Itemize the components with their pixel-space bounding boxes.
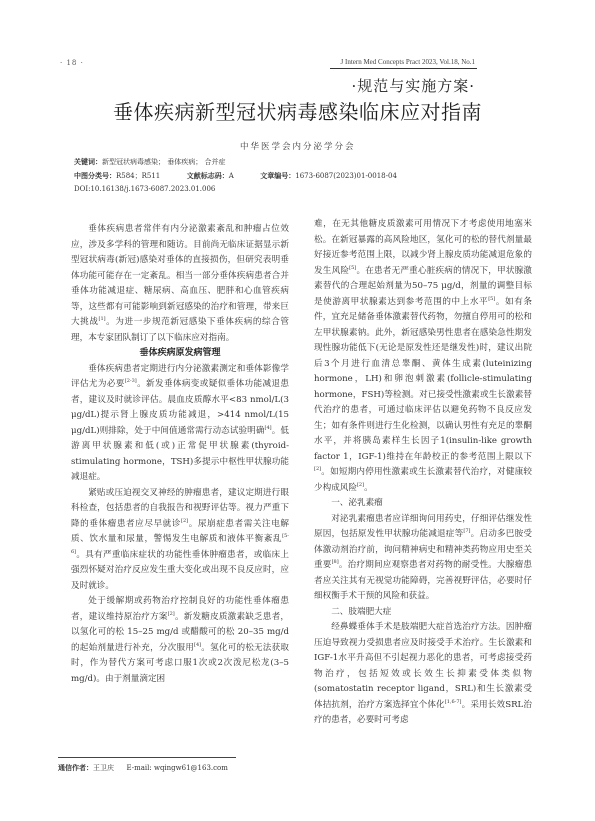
clc-label: 中图分类号：: [74, 172, 116, 180]
column-label: ·规范与实施方案·: [351, 75, 475, 96]
author-email: E-mail: wqingw61@163.com: [126, 764, 227, 772]
keywords-label: 关键词：: [74, 158, 102, 166]
corresponding-author: 王卫庆: [93, 764, 114, 772]
article-title: 垂体疾病新型冠状病毒感染临床应对指南: [0, 96, 595, 125]
footnote-label: 通信作者：: [58, 764, 93, 772]
subsection-heading: 二、肢端肥大症: [314, 605, 532, 621]
footnote: 通信作者：王卫庆 E-mail: wqingw61@163.com: [58, 763, 228, 773]
doi: DOI:10.16138/j.1673-6087.2023.01.006: [74, 185, 215, 193]
journal-citation: J Intern Med Concepts Pract 2023, Vol.18…: [341, 58, 475, 66]
article-no-label: 文章编号：: [260, 172, 295, 180]
paragraph: 处于缓解期或药物治疗控制良好的功能性垂体瘤患者，建议维持原治疗方案[2]。新发糖…: [71, 594, 289, 687]
paragraph: 紧贴或压迫视交叉神经的肿瘤患者，建议定期进行眼科检查，包括患者的自我报告和视野评…: [71, 486, 289, 595]
author-organization: 中华医学会内分泌学分会: [240, 140, 356, 152]
doc-code-value: A: [229, 172, 234, 180]
doc-code-label: 文献标志码：: [187, 172, 229, 180]
paragraph: 难，在无其他糖皮质激素可用情况下才考虑使用地塞米松。在新冠暴露的高风险地区，氢化…: [314, 217, 532, 496]
paragraph: 垂体疾病患者常伴有内分泌激素紊乱和肿瘤占位效应，涉及多学科的管理和随访。目前尚无…: [71, 222, 289, 346]
right-column: 难，在无其他糖皮质激素可用情况下才考虑使用地塞米松。在新冠暴露的高风险地区，氢化…: [314, 217, 532, 729]
classification-line: 中图分类号：R584；R511 文献标志码：A 文章编号：1673-6087(2…: [74, 171, 397, 181]
subsection-heading: 一、泌乳素瘤: [314, 496, 532, 512]
section-heading: 垂体疾病原发病管理: [71, 346, 289, 362]
keywords-line: 关键词：新型冠状病毒感染； 垂体疾病； 合并症: [74, 157, 225, 167]
paragraph: 经鼻蝶垂体手术是肢端肥大症首选治疗方法。因肿瘤压迫导致视力受损患者应及时接受手术…: [314, 620, 532, 729]
left-column: 垂体疾病患者常伴有内分泌激素紊乱和肿瘤占位效应，涉及多学科的管理和随访。目前尚无…: [71, 222, 289, 687]
footnote-rule: [58, 757, 236, 758]
keywords: 新型冠状病毒感染； 垂体疾病； 合并症: [102, 158, 225, 166]
header-rule: [330, 68, 477, 69]
article-no-value: 1673-6087(2023)01-0018-04: [295, 172, 397, 180]
paragraph: 垂体疾病患者定期进行内分泌激素测定和垂体影像学评估尤为必要[2-3]。新发垂体病…: [71, 362, 289, 486]
paragraph: 对泌乳素瘤患者应详细询问用药史，仔细评估继发性原因，包括原发性甲状腺功能减退症等…: [314, 512, 532, 605]
page-number: · 18 ·: [60, 59, 84, 67]
clc-value: R584；R511: [116, 172, 160, 180]
